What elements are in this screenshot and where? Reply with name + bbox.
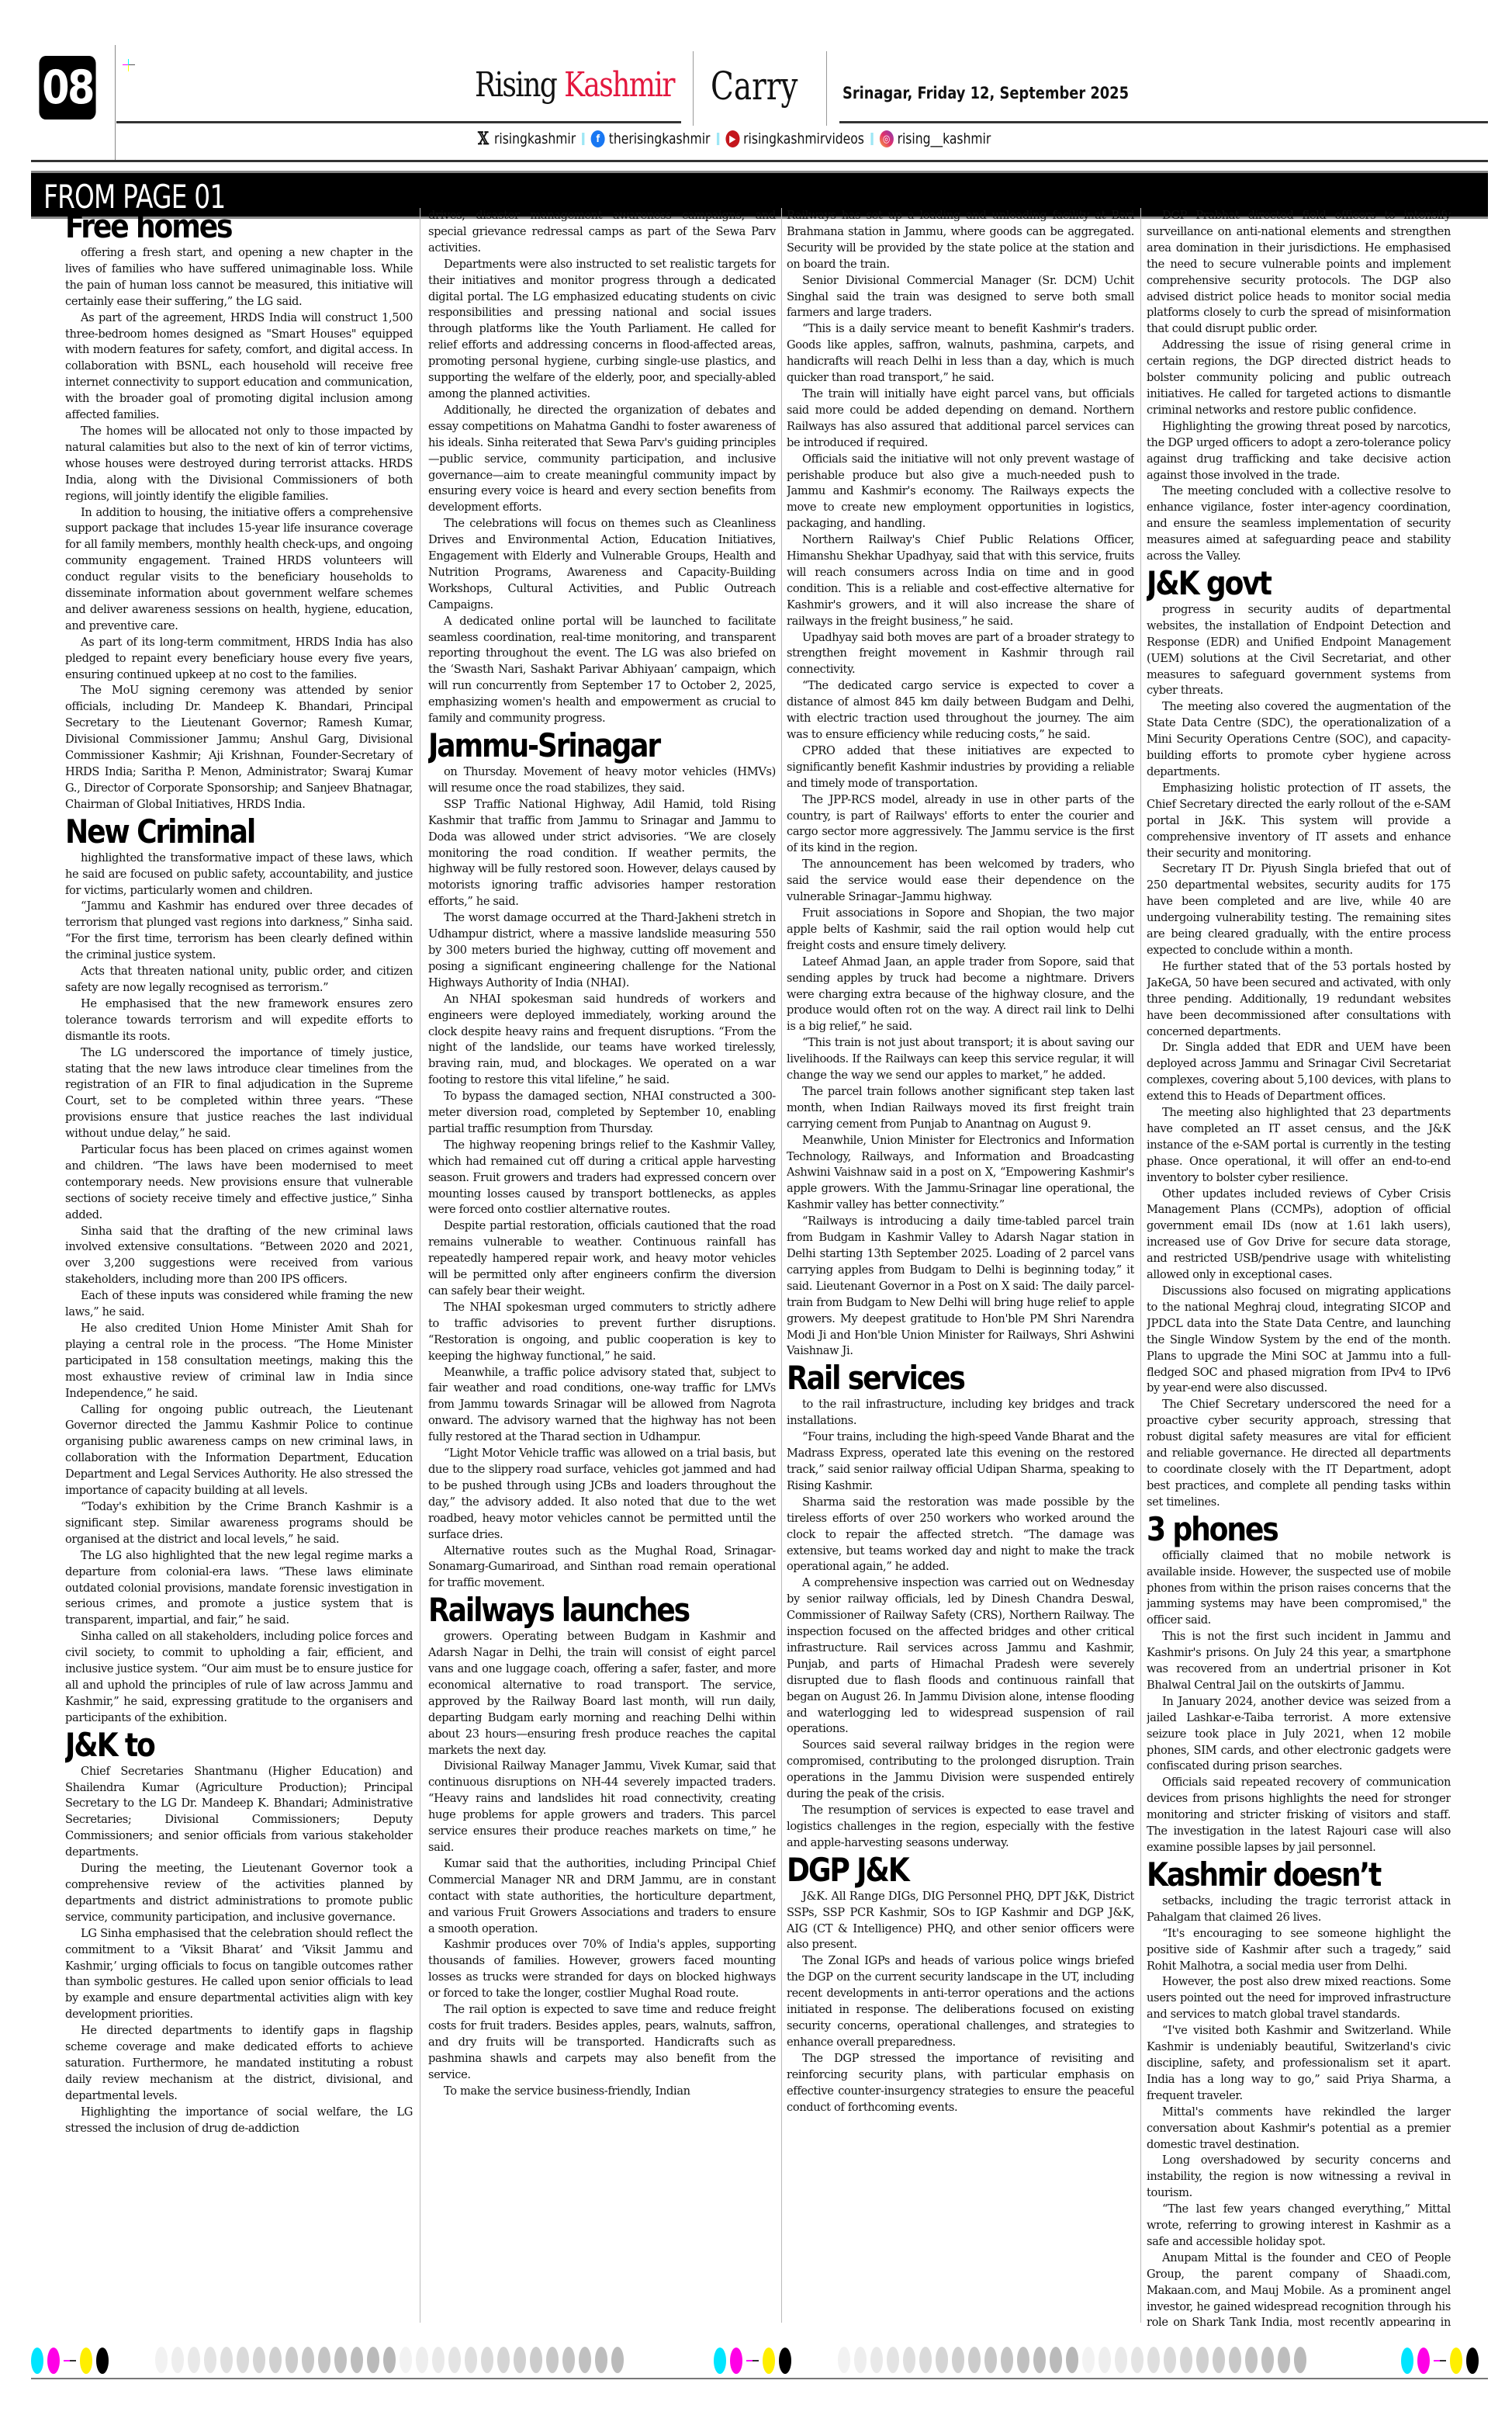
column-1: Free homesoffering a fresh start, and op… xyxy=(65,208,413,2327)
grey-dot-icon xyxy=(870,2347,883,2373)
article-paragraph: The train will initially have eight parc… xyxy=(787,386,1134,452)
page-number: 08 xyxy=(39,56,95,120)
grey-dot-icon xyxy=(253,2347,265,2373)
grey-dot-icon xyxy=(1066,2347,1078,2373)
article-paragraph: The rail option is expected to save time… xyxy=(428,2002,776,2084)
article-paragraph: This is not the first such incident in J… xyxy=(1147,1629,1451,1694)
article-paragraph: Emphasizing holistic protection of IT as… xyxy=(1147,781,1451,862)
article-paragraph: J&K. All Range DIGs, DIG Personnel PHQ, … xyxy=(787,1889,1134,1954)
article-paragraph: Addressing the issue of rising general c… xyxy=(1147,338,1451,419)
grey-dot-icon xyxy=(204,2347,216,2373)
yellow-dot-icon xyxy=(1450,2348,1462,2374)
article-paragraph: Divisional Railway Manager Jammu, Vivek … xyxy=(428,1759,776,1856)
grey-dot-icon xyxy=(854,2347,867,2373)
article-paragraph: Kashmir produces over 70% of India's app… xyxy=(428,1937,776,2002)
logo-rising: Rising xyxy=(475,65,564,105)
grey-dot-icon xyxy=(188,2347,200,2373)
article-paragraph: The JPP-RCS model, already in use in oth… xyxy=(787,792,1134,858)
grey-dot-icon xyxy=(562,2347,575,2373)
article-headline: Kashmir doesn’t xyxy=(1147,1858,1408,1892)
article-paragraph: on Thursday. Movement of heavy motor veh… xyxy=(428,764,776,797)
article-paragraph: He further stated that of the 53 portals… xyxy=(1147,959,1451,1041)
article-paragraph: The DGP stressed the importance of revis… xyxy=(787,2051,1134,2116)
article-paragraph: Senior Divisional Commercial Manager (Sr… xyxy=(787,273,1134,322)
article-paragraph: “I've visited both Kashmir and Switzerla… xyxy=(1147,2023,1451,2105)
article-paragraph: “The dedicated cargo service is expected… xyxy=(787,678,1134,743)
column-rule xyxy=(420,208,420,2323)
article-paragraph: He emphasised that the new framework ens… xyxy=(65,996,413,1045)
article-paragraph: The homes will be allocated not only to … xyxy=(65,424,413,505)
section-name: Carry xyxy=(711,64,798,109)
article-paragraph: Meanwhile, a traffic police advisory sta… xyxy=(428,1365,776,1447)
article-paragraph: The resumption of services is expected t… xyxy=(787,1803,1134,1852)
column-rule xyxy=(781,208,782,2323)
grey-dot-icon xyxy=(1050,2347,1062,2373)
article-headline: Free homes xyxy=(65,210,364,244)
masthead-bottom-rule xyxy=(31,160,1488,162)
registration-tick-icon xyxy=(746,2360,759,2361)
grey-dot-icon xyxy=(1033,2347,1046,2373)
grey-dot-icon xyxy=(155,2347,168,2373)
cyan-dot-icon xyxy=(1401,2348,1413,2374)
article-paragraph: To bypass the damaged section, NHAI cons… xyxy=(428,1089,776,1138)
social-handle: risingkashmir xyxy=(494,130,576,147)
column-2: drives, disaster management awareness ca… xyxy=(428,208,776,2327)
cyan-dot-icon xyxy=(31,2348,43,2374)
article-paragraph: The worst damage occurred at the Thard-J… xyxy=(428,910,776,992)
color-registration-group xyxy=(1401,2347,1483,2375)
registration-mark-icon xyxy=(123,59,135,71)
article-paragraph: The announcement has been welcomed by tr… xyxy=(787,857,1134,906)
article-paragraph: Alternative routes such as the Mughal Ro… xyxy=(428,1544,776,1592)
article-paragraph: “This is a daily service meant to benefi… xyxy=(787,321,1134,386)
grey-dot-icon xyxy=(351,2347,363,2373)
article-paragraph: A dedicated online portal will be launch… xyxy=(428,614,776,727)
social-instagram[interactable]: ◎ rising__kashmir xyxy=(880,130,991,147)
article-paragraph: During the meeting, the Lieutenant Gover… xyxy=(65,1861,413,1926)
grey-dot-icon xyxy=(968,2347,981,2373)
grey-dot-icon xyxy=(919,2347,932,2373)
article-headline: 3 phones xyxy=(1147,1512,1408,1547)
grey-dot-icon xyxy=(367,2347,379,2373)
grey-dot-icon xyxy=(546,2347,559,2373)
grey-dot-icon xyxy=(334,2347,347,2373)
grey-scale-strip xyxy=(155,2347,628,2373)
article-paragraph: Officials said repeated recovery of comm… xyxy=(1147,1775,1451,1856)
magenta-dot-icon xyxy=(47,2348,60,2374)
grey-dot-icon xyxy=(448,2347,461,2373)
grey-dot-icon xyxy=(1294,2347,1306,2373)
grey-dot-icon xyxy=(1229,2347,1241,2373)
article-paragraph: Upadhyay said both moves are part of a b… xyxy=(787,630,1134,679)
yellow-dot-icon xyxy=(763,2348,775,2374)
article-paragraph: Secretary IT Dr. Piyush Singla briefed t… xyxy=(1147,861,1451,958)
article-paragraph: The MoU signing ceremony was attended by… xyxy=(65,683,413,813)
article-paragraph: Additionally, he directed the organizati… xyxy=(428,403,776,516)
social-divider xyxy=(717,133,719,145)
instagram-icon: ◎ xyxy=(880,130,894,147)
article-paragraph: Despite partial restoration, officials c… xyxy=(428,1218,776,1300)
article-paragraph: “Railways is introducing a daily time-ta… xyxy=(787,1214,1134,1360)
grey-dot-icon xyxy=(497,2347,510,2373)
article-paragraph: As part of its long-term commitment, HRD… xyxy=(65,635,413,684)
article-headline: J&K govt xyxy=(1147,567,1408,601)
article-paragraph: Sharma said the restoration was made pos… xyxy=(787,1495,1134,1576)
grey-dot-icon xyxy=(1164,2347,1176,2373)
registration-tick-icon xyxy=(1434,2360,1446,2361)
grey-dot-icon xyxy=(285,2347,298,2373)
grey-dot-icon xyxy=(383,2347,396,2373)
article-paragraph: Northern Railway's Chief Public Relation… xyxy=(787,532,1134,629)
article-paragraph: The LG underscored the importance of tim… xyxy=(65,1045,413,1142)
facebook-icon: f xyxy=(591,130,605,147)
grey-scale-strip xyxy=(838,2347,1310,2373)
grey-dot-icon xyxy=(611,2347,624,2373)
grey-dot-icon xyxy=(269,2347,282,2373)
registration-tick-icon xyxy=(64,2360,76,2361)
article-headline: Railways launches xyxy=(428,1593,727,1627)
article-headline: DGP J&K xyxy=(787,1853,1085,1887)
article-paragraph: The parcel train follows another signifi… xyxy=(787,1084,1134,1133)
article-headline: J&K to xyxy=(65,1728,364,1762)
grey-dot-icon xyxy=(595,2347,607,2373)
masthead-separator xyxy=(693,51,694,126)
article-paragraph: To make the service business-friendly, I… xyxy=(428,2084,776,2100)
grey-dot-icon xyxy=(1196,2347,1209,2373)
article-paragraph: Each of these inputs was considered whil… xyxy=(65,1288,413,1321)
article-paragraph: The celebrations will focus on themes su… xyxy=(428,516,776,613)
article-paragraph: Anupam Mittal is the founder and CEO of … xyxy=(1147,2251,1451,2327)
article-paragraph: An NHAI spokesman said hundreds of worke… xyxy=(428,992,776,1089)
article-paragraph: highlighted the transformative impact of… xyxy=(65,851,413,899)
article-paragraph: Particular focus has been placed on crim… xyxy=(65,1142,413,1224)
column-3: Railways has set up a loading and unload… xyxy=(787,208,1134,2327)
grey-dot-icon xyxy=(171,2347,184,2373)
grey-dot-icon xyxy=(936,2347,948,2373)
grey-dot-icon xyxy=(400,2347,412,2373)
social-divider xyxy=(582,133,584,145)
article-paragraph: Dr. Singla added that EDR and UEM have b… xyxy=(1147,1040,1451,1105)
grey-dot-icon xyxy=(903,2347,915,2373)
grey-dot-icon xyxy=(887,2347,899,2373)
article-paragraph: Highlighting the importance of social we… xyxy=(65,2105,413,2137)
social-handle: risingkashmirvideos xyxy=(743,130,864,147)
grey-dot-icon xyxy=(1099,2347,1111,2373)
article-paragraph: LG Sinha emphasised that the celebration… xyxy=(65,1926,413,2023)
article-paragraph: Highlighting the growing threat posed by… xyxy=(1147,419,1451,484)
article-paragraph: Kumar said that the authorities, includi… xyxy=(428,1856,776,1938)
article-paragraph: Meanwhile, Union Minister for Electronic… xyxy=(787,1133,1134,1214)
grey-dot-icon xyxy=(1115,2347,1127,2373)
article-paragraph: However, the post also drew mixed reacti… xyxy=(1147,1974,1451,2023)
social-links: 𝕏 risingkashmir f therisingkashmir ▶ ris… xyxy=(476,130,991,147)
article-paragraph: In January 2024, another device was seiz… xyxy=(1147,1694,1451,1776)
article-paragraph: The meeting also covered the augmentatio… xyxy=(1147,699,1451,781)
article-paragraph: growers. Operating between Budgam in Kas… xyxy=(428,1629,776,1759)
grey-dot-icon xyxy=(416,2347,428,2373)
article-paragraph: The LG also highlighted that the new leg… xyxy=(65,1548,413,1630)
newspaper-logo: Rising Kashmir xyxy=(475,65,674,105)
grey-dot-icon xyxy=(530,2347,542,2373)
masthead-separator xyxy=(826,51,827,126)
article-paragraph: Fruit associations in Sopore and Shopian… xyxy=(787,906,1134,955)
article-paragraph: The highway reopening brings relief to t… xyxy=(428,1138,776,1219)
article-headline: Jammu-Srinagar xyxy=(428,729,727,763)
article-paragraph: As part of the agreement, HRDS India wil… xyxy=(65,310,413,424)
grey-dot-icon xyxy=(465,2347,477,2373)
article-paragraph: Acts that threaten national unity, publi… xyxy=(65,964,413,996)
article-paragraph: The Zonal IGPs and heads of various poli… xyxy=(787,1953,1134,2050)
grey-dot-icon xyxy=(838,2347,850,2373)
article-paragraph: The meeting concluded with a collective … xyxy=(1147,483,1451,565)
social-divider xyxy=(870,133,873,145)
article-paragraph: SSP Traffic National Highway, Adil Hamid… xyxy=(428,797,776,910)
article-paragraph: “The last few years changed everything,”… xyxy=(1147,2202,1451,2251)
article-paragraph: to the rail infrastructure, including ke… xyxy=(787,1397,1134,1429)
article-paragraph: A comprehensive inspection was carried o… xyxy=(787,1575,1134,1738)
article-paragraph: “Four trains, including the high-speed V… xyxy=(787,1429,1134,1495)
article-paragraph: officially claimed that no mobile networ… xyxy=(1147,1548,1451,1630)
magenta-dot-icon xyxy=(1417,2348,1430,2374)
grey-dot-icon xyxy=(220,2347,233,2373)
article-paragraph: Discussions also focused on migrating ap… xyxy=(1147,1284,1451,1397)
article-paragraph: Other updates included reviews of Cyber … xyxy=(1147,1187,1451,1284)
masthead-rule xyxy=(839,121,1488,123)
article-paragraph: The NHAI spokesman urged commuters to st… xyxy=(428,1300,776,1365)
article-paragraph: Calling for ongoing public outreach, the… xyxy=(65,1402,413,1499)
grey-dot-icon xyxy=(302,2347,314,2373)
social-handle: rising__kashmir xyxy=(898,130,991,147)
article-headline: New Criminal xyxy=(65,815,364,849)
article-paragraph: Lateef Ahmad Jaan, an apple trader from … xyxy=(787,955,1134,1036)
dateline: Srinagar, Friday 12, September 2025 xyxy=(842,84,1129,102)
article-paragraph: Officials said the initiative will not o… xyxy=(787,452,1134,533)
article-paragraph: Departments were also instructed to set … xyxy=(428,257,776,403)
article-paragraph: Sinha called on all stakeholders, includ… xyxy=(65,1629,413,1726)
article-paragraph: progress in security audits of departmen… xyxy=(1147,602,1451,699)
x-icon: 𝕏 xyxy=(476,130,490,147)
color-registration-group xyxy=(714,2347,795,2375)
masthead-divider xyxy=(115,45,116,161)
color-registration-group xyxy=(31,2347,112,2375)
grey-dot-icon xyxy=(984,2347,997,2373)
print-color-bar xyxy=(31,2344,1488,2379)
article-paragraph: He directed departments to identify gaps… xyxy=(65,2023,413,2105)
black-dot-icon xyxy=(779,2348,791,2374)
masthead-rule xyxy=(116,121,681,123)
article-paragraph: setbacks, including the tragic terrorist… xyxy=(1147,1894,1451,1926)
grey-dot-icon xyxy=(952,2347,964,2373)
yellow-dot-icon xyxy=(80,2348,92,2374)
grey-dot-icon xyxy=(579,2347,591,2373)
social-youtube[interactable]: ▶ risingkashmirvideos xyxy=(725,130,864,147)
article-paragraph: CPRO added that these initiatives are ex… xyxy=(787,743,1134,792)
article-paragraph: “This train is not just about transport;… xyxy=(787,1035,1134,1084)
article-paragraph: “It's encouraging to see someone highlig… xyxy=(1147,1926,1451,1975)
black-dot-icon xyxy=(1466,2348,1479,2374)
grey-dot-icon xyxy=(1082,2347,1095,2373)
black-dot-icon xyxy=(96,2348,109,2374)
article-headline: Rail services xyxy=(787,1361,1085,1395)
grey-dot-icon xyxy=(1147,2347,1160,2373)
grey-dot-icon xyxy=(1245,2347,1258,2373)
article-paragraph: “Light Motor Vehicle traffic was allowed… xyxy=(428,1446,776,1543)
grey-dot-icon xyxy=(1131,2347,1144,2373)
article-paragraph: offering a fresh start, and opening a ne… xyxy=(65,245,413,310)
logo-kashmir: Kashmir xyxy=(564,65,674,105)
article-paragraph: DGP Prabhat directed field officers to i… xyxy=(1147,208,1451,338)
grey-dot-icon xyxy=(1213,2347,1225,2373)
article-paragraph: Long overshadowed by security concerns a… xyxy=(1147,2153,1451,2202)
grey-dot-icon xyxy=(318,2347,330,2373)
article-paragraph: Sinha said that the drafting of the new … xyxy=(65,1224,413,1289)
grey-dot-icon xyxy=(1180,2347,1192,2373)
social-facebook[interactable]: f therisingkashmir xyxy=(591,130,711,147)
magenta-dot-icon xyxy=(730,2348,742,2374)
article-paragraph: Chief Secretaries Shantmanu (Higher Educ… xyxy=(65,1764,413,1861)
article-paragraph: “Today's exhibition by the Crime Branch … xyxy=(65,1499,413,1548)
column-rule xyxy=(1140,208,1141,2323)
article-paragraph: He also credited Union Home Minister Ami… xyxy=(65,1321,413,1402)
cyan-dot-icon xyxy=(714,2348,726,2374)
article-paragraph: “Jammu and Kashmir has endured over thre… xyxy=(65,899,413,964)
article-paragraph: drives, disaster management awareness ca… xyxy=(428,208,776,257)
grey-dot-icon xyxy=(1278,2347,1290,2373)
article-paragraph: The meeting also highlighted that 23 dep… xyxy=(1147,1105,1451,1187)
grey-dot-icon xyxy=(481,2347,493,2373)
grey-dot-icon xyxy=(1261,2347,1274,2373)
grey-dot-icon xyxy=(514,2347,526,2373)
article-paragraph: Mittal's comments have rekindled the lar… xyxy=(1147,2105,1451,2154)
grey-dot-icon xyxy=(1001,2347,1013,2373)
social-x[interactable]: 𝕏 risingkashmir xyxy=(476,130,576,147)
article-paragraph: Railways has set up a loading and unload… xyxy=(787,208,1134,273)
article-paragraph: Sources said several railway bridges in … xyxy=(787,1738,1134,1803)
grey-dot-icon xyxy=(432,2347,445,2373)
grey-dot-icon xyxy=(237,2347,249,2373)
article-paragraph: The Chief Secretary underscored the need… xyxy=(1147,1397,1451,1510)
grey-dot-icon xyxy=(1017,2347,1029,2373)
social-handle: therisingkashmir xyxy=(609,130,711,147)
column-4: DGP Prabhat directed field officers to i… xyxy=(1147,208,1451,2327)
youtube-icon: ▶ xyxy=(725,130,739,147)
article-paragraph: In addition to housing, the initiative o… xyxy=(65,505,413,635)
